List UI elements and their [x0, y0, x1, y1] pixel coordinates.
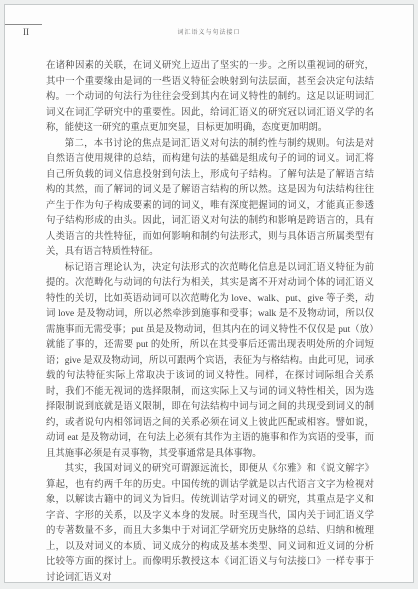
body-paragraph: 标记语言理论认为，决定句法形式的次范畴化信息是以词汇语义特征为前提的。次范畴化与…: [46, 261, 374, 463]
body-paragraph: 其实，我国对词义的研究可谓源远流长，即便从《尔雅》和《说文解字》算起，也有约两千…: [46, 462, 374, 586]
header-rule: [5, 24, 42, 25]
document-page: II 词汇语义与句法接口 在诸种因素的关联，在词义研究上迈出了坚实的一步。之所以…: [4, 4, 414, 583]
running-head: 词汇语义与句法接口: [5, 29, 413, 37]
page-background: II 词汇语义与句法接口 在诸种因素的关联，在词义研究上迈出了坚实的一步。之所以…: [0, 0, 418, 589]
body-paragraph: 在诸种因素的关联，在词义研究上迈出了坚实的一步。之所以重视词的研究，其中一个重要…: [46, 59, 374, 137]
body-paragraph: 第二，本书讨论的焦点是词汇语义对句法的制约性与制约规则。句法是对自然语言使用规律…: [46, 137, 374, 261]
page-body: 在诸种因素的关联，在词义研究上迈出了坚实的一步。之所以重视词的研究，其中一个重要…: [46, 59, 374, 586]
